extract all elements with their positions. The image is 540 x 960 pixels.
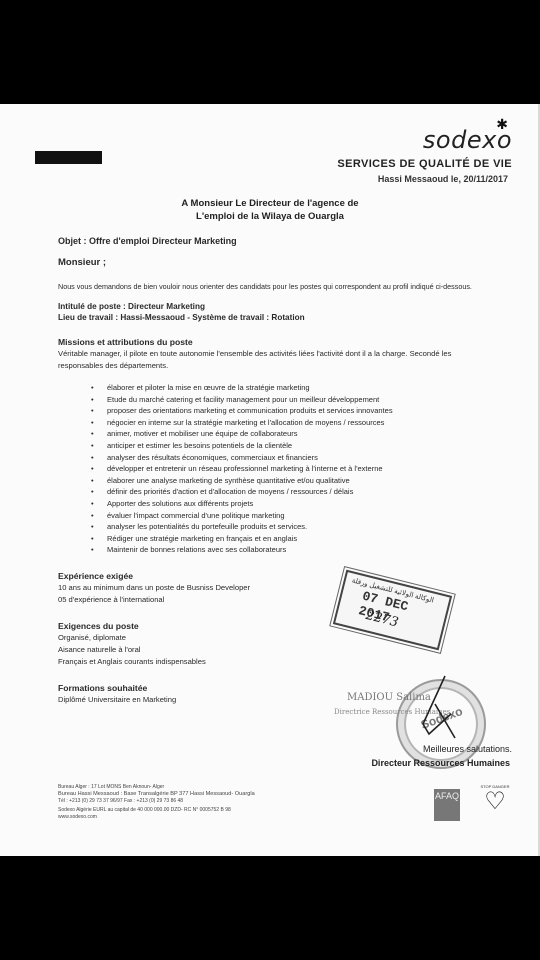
list-item: Etude du marché catering et facility man…	[91, 394, 498, 406]
workplace: Lieu de travail : Hassi-Messaoud - Systè…	[58, 312, 498, 323]
list-item: Maintenir de bonnes relations avec ses c…	[91, 544, 498, 556]
missions-heading: Missions et attributions du poste	[58, 337, 498, 348]
heart-icon: ♡	[476, 789, 514, 815]
footer-website: www.sodexo.com	[58, 814, 255, 821]
list-item: élaborer une analyse marketing de synthè…	[91, 475, 498, 487]
list-item: évaluer l'impact commercial d'une politi…	[91, 510, 498, 522]
footer-legal: Sodexo Algérie EURL au capital de 40 000…	[58, 807, 255, 814]
signature-mark	[405, 674, 465, 744]
place-date: Hassi Messaoud le, 20/11/2017	[378, 174, 508, 184]
list-item: proposer des orientations marketing et c…	[91, 405, 498, 417]
subject-line: Objet : Offre d'emploi Directeur Marketi…	[58, 235, 498, 247]
stop-danger-logo: STOP DANGER ♡	[476, 784, 514, 815]
letter-footer: Bureau Alger : 17 Lot MONS Ben Aknoun- A…	[58, 784, 255, 821]
position-info: Intitulé de poste : Directeur Marketing …	[58, 301, 498, 323]
position-title: Intitulé de poste : Directeur Marketing	[58, 301, 498, 312]
list-item: analyser des résultats économiques, comm…	[91, 452, 498, 464]
experience-heading: Expérience exigée	[58, 570, 498, 582]
company-tagline: SERVICES DE QUALITÉ DE VIE	[337, 158, 512, 170]
list-item: analyser les potentialités du portefeuil…	[91, 521, 498, 533]
intro-paragraph: Nous vous demandons de bien vouloir nous…	[58, 281, 498, 293]
list-item: définir des priorités d'action et d'allo…	[91, 486, 498, 498]
list-item: négocier en interne sur la stratégie mar…	[91, 417, 498, 429]
afaq-certification-logo: AFAQ	[434, 789, 460, 821]
list-item: Rédiger une stratégie marketing en franç…	[91, 533, 498, 545]
recipient-line-1: A Monsieur Le Directeur de l'agence de	[0, 197, 540, 210]
missions-list: élaborer et piloter la mise en œuvre de …	[58, 382, 498, 556]
list-item: anticiper et estimer les besoins potenti…	[91, 440, 498, 452]
redacted-reference	[35, 151, 102, 164]
star-icon: ✱	[496, 116, 508, 133]
sodexo-logo: sodexo ✱	[423, 126, 512, 154]
missions-description: Véritable manager, il pilote en toute au…	[58, 348, 498, 372]
list-item: élaborer et piloter la mise en œuvre de …	[91, 382, 498, 394]
footer-address-hassi: Bureau Hassi Messaoud : Base Transalgéri…	[58, 791, 255, 798]
closing-title: Directeur Ressources Humaines	[371, 758, 510, 768]
list-item: animer, motiver et mobiliser une équipe …	[91, 428, 498, 440]
closing-salutation: Meilleures salutations.	[423, 744, 512, 754]
letter-page: sodexo ✱ SERVICES DE QUALITÉ DE VIE Hass…	[0, 104, 540, 856]
list-item: Apporter des solutions aux différents pr…	[91, 498, 498, 510]
afaq-label: AFAQ	[435, 791, 459, 801]
footer-phone: Tél : +213 (0) 29 73 37 96/97 Fax : +213…	[58, 798, 255, 805]
requirement-line: Français et Anglais courants indispensab…	[58, 656, 498, 668]
salutation: Monsieur ;	[58, 257, 498, 269]
recipient-block: A Monsieur Le Directeur de l'agence de L…	[0, 197, 540, 223]
list-item: développer et entretenir un réseau profe…	[91, 463, 498, 475]
footer-address-alger: Bureau Alger : 17 Lot MONS Ben Aknoun- A…	[58, 784, 255, 791]
recipient-line-2: L'emploi de la Wilaya de Ouargla	[0, 210, 540, 223]
